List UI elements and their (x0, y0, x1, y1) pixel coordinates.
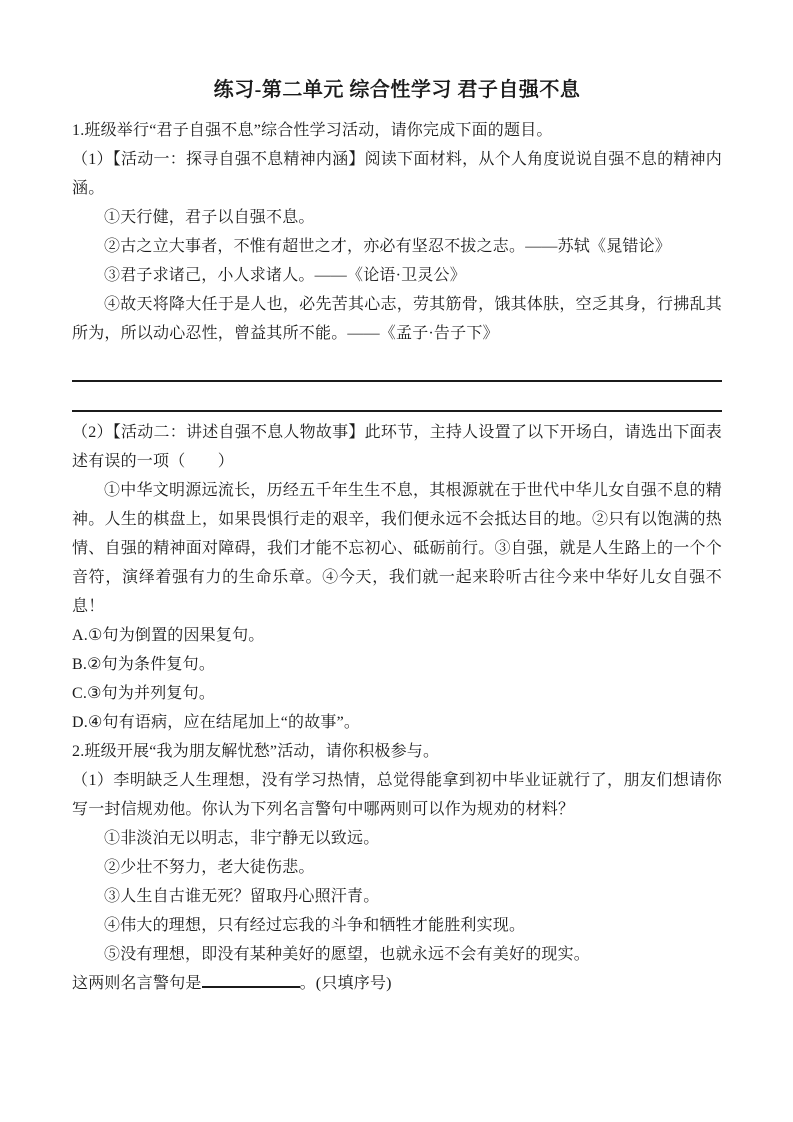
answer-lines (72, 352, 722, 412)
q1-material-3: ③君子求诸己，小人求诸人。——《论语·卫灵公》 (72, 261, 722, 290)
q1-material-4: ④故天将降大任于是人也，必先苦其心志，劳其筋骨，饿其体肤，空乏其身，行拂乱其所为… (72, 290, 722, 348)
q1-option-c: C.③句为并列复句。 (72, 679, 722, 708)
q1-part2-prompt: （2）【活动二：讲述自强不息人物故事】此环节，主持人设置了以下开场白，请选出下面… (72, 418, 722, 476)
worksheet-page: 练习-第二单元 综合性学习 君子自强不息 1.班级举行“君子自强不息”综合性学习… (0, 0, 793, 1122)
answer-line-1 (72, 352, 722, 382)
q1-option-a: A.①句为倒置的因果复句。 (72, 621, 722, 650)
q2-quote-2: ②少壮不努力，老大徒伤悲。 (72, 853, 722, 882)
q1-option-b: B.②句为条件复句。 (72, 650, 722, 679)
q1-material-1: ①天行健，君子以自强不息。 (72, 203, 722, 232)
q1-stem: 1.班级举行“君子自强不息”综合性学习活动，请你完成下面的题目。 (72, 116, 722, 145)
q2-quote-4: ④伟大的理想，只有经过忘我的斗争和牺牲才能胜利实现。 (72, 911, 722, 940)
page-title: 练习-第二单元 综合性学习 君子自强不息 (72, 76, 722, 104)
q2-answer-line: 这两则名言警句是。(只填序号) (72, 969, 722, 998)
q2-quote-5: ⑤没有理想，即没有某种美好的愿望，也就永远不会有美好的现实。 (72, 940, 722, 969)
q1-option-d: D.④句有语病，应在结尾加上“的故事”。 (72, 708, 722, 737)
q2-quote-3: ③人生自古谁无死？留取丹心照汗青。 (72, 882, 722, 911)
q1-material-2: ②古之立大事者，不惟有超世之才，亦必有坚忍不拔之志。——苏轼《晁错论》 (72, 232, 722, 261)
q2-part1-prompt: （1）李明缺乏人生理想，没有学习热情，总觉得能拿到初中毕业证就行了，朋友们想请你… (72, 766, 722, 824)
q2-answer-blank (202, 971, 300, 988)
q2-stem: 2.班级开展“我为朋友解忧愁”活动，请你积极参与。 (72, 737, 722, 766)
q2-quote-1: ①非淡泊无以明志，非宁静无以致远。 (72, 824, 722, 853)
q2-answer-prefix: 这两则名言警句是 (72, 975, 202, 992)
q2-answer-suffix: 。(只填序号) (300, 975, 392, 992)
answer-line-2 (72, 382, 722, 412)
q1-part2-passage: ①中华文明源远流长，历经五千年生生不息，其根源就在于世代中华儿女自强不息的精神。… (72, 476, 722, 621)
q1-part1-prompt: （1）【活动一：探寻自强不息精神内涵】阅读下面材料，从个人角度说说自强不息的精神… (72, 145, 722, 203)
